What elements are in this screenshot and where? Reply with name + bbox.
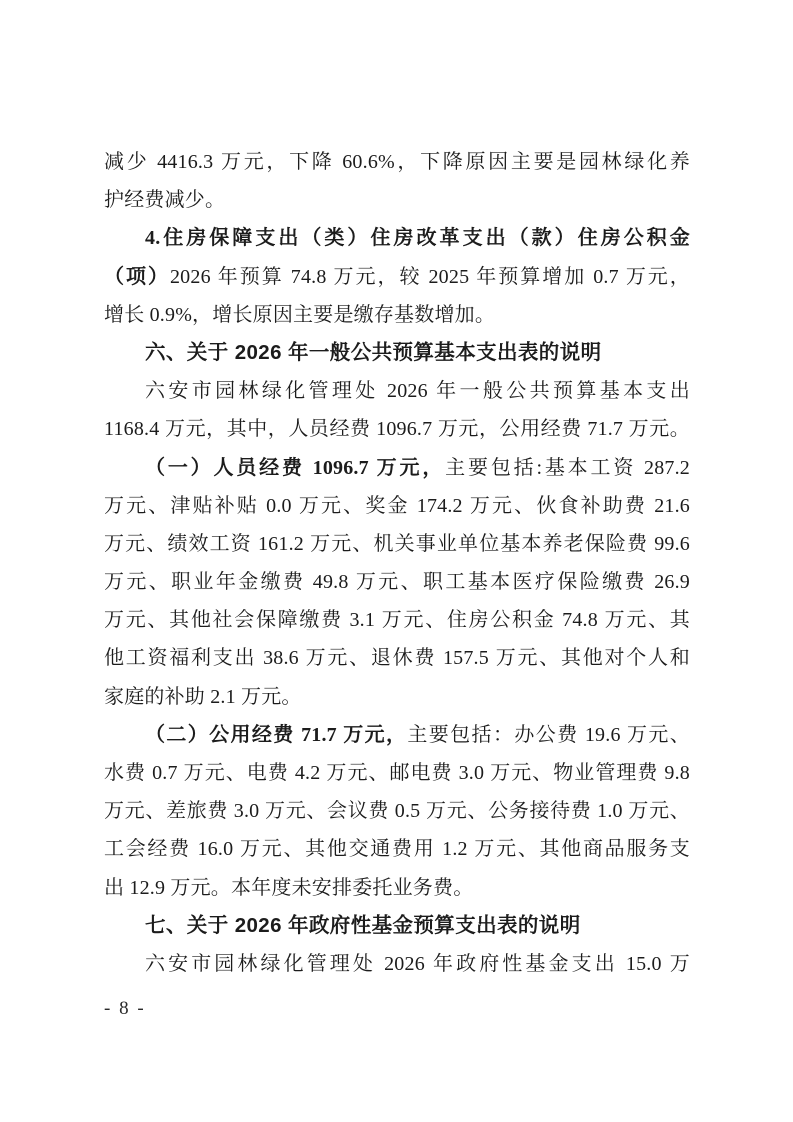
text-segment: 六安市园林绿化管理处 2026 年一般公共预算基本支出 [145, 380, 690, 402]
text-line: （一）人员经费 1096.7 万元，主要包括:基本工资 287.2 [104, 449, 690, 487]
text-line: 六安市园林绿化管理处 2026 年政府性基金支出 15.0 万 [104, 945, 690, 983]
text-segment: （一）人员经费 1096.7 万元， [145, 457, 445, 479]
text-line: 水费 0.7 万元、电费 4.2 万元、邮电费 3.0 万元、物业管理费 9.8 [104, 754, 690, 792]
text-line: 出 12.9 万元。本年度未安排委托业务费。 [104, 869, 690, 907]
text-line: 增长 0.9%，增长原因主要是缴存基数增加。 [104, 296, 690, 334]
text-segment: 护经费减少。 [104, 189, 225, 211]
text-line: 护经费减少。 [104, 181, 690, 219]
text-segment: 主要包括：办公费 19.6 万元、 [407, 724, 690, 746]
document-page: 减少 4416.3 万元，下降 60.6%，下降原因主要是园林绿化养护经费减少。… [0, 0, 793, 1122]
text-segment: 六、关于 2026 年一般公共预算基本支出表的说明 [145, 341, 602, 364]
text-segment: 出 12.9 万元。本年度未安排委托业务费。 [104, 877, 473, 899]
text-line: 万元、职业年金缴费 49.8 万元、职工基本医疗保险缴费 26.9 [104, 563, 690, 601]
text-segment: 1168.4 万元，其中，人员经费 1096.7 万元，公用经费 71.7 万元… [104, 418, 690, 440]
text-segment: 增长 0.9%，增长原因主要是缴存基数增加。 [104, 304, 495, 326]
text-segment: 七、关于 2026 年政府性基金预算支出表的说明 [145, 914, 581, 937]
text-line: 万元、绩效工资 161.2 万元、机关事业单位基本养老保险费 99.6 [104, 525, 690, 563]
text-segment: 主要包括:基本工资 287.2 [445, 457, 690, 479]
text-line: 1168.4 万元，其中，人员经费 1096.7 万元，公用经费 71.7 万元… [104, 410, 690, 448]
text-segment: 4.住房保障支出（类）住房改革支出（款）住房公积金 [145, 227, 690, 249]
text-segment: 万元、绩效工资 161.2 万元、机关事业单位基本养老保险费 99.6 [104, 533, 690, 555]
text-line: 他工资福利支出 38.6 万元、退休费 157.5 万元、其他对个人和 [104, 639, 690, 677]
text-segment: 减少 4416.3 万元，下降 60.6%，下降原因主要是园林绿化养 [104, 151, 690, 173]
section-heading: 六、关于 2026 年一般公共预算基本支出表的说明 [104, 334, 690, 372]
text-segment: 万元、职业年金缴费 49.8 万元、职工基本医疗保险缴费 26.9 [104, 571, 690, 593]
text-segment: 家庭的补助 2.1 万元。 [104, 686, 302, 708]
text-line: 万元、差旅费 3.0 万元、会议费 0.5 万元、公务接待费 1.0 万元、 [104, 792, 690, 830]
text-segment: 水费 0.7 万元、电费 4.2 万元、邮电费 3.0 万元、物业管理费 9.8 [104, 762, 690, 784]
text-segment: 六安市园林绿化管理处 2026 年政府性基金支出 15.0 万 [145, 953, 690, 975]
text-block: 减少 4416.3 万元，下降 60.6%，下降原因主要是园林绿化养护经费减少。… [104, 143, 690, 983]
text-line: （项）2026 年预算 74.8 万元，较 2025 年预算增加 0.7 万元， [104, 258, 690, 296]
text-segment: 万元、其他社会保障缴费 3.1 万元、住房公积金 74.8 万元、其 [104, 609, 690, 631]
text-segment: 万元、差旅费 3.0 万元、会议费 0.5 万元、公务接待费 1.0 万元、 [104, 800, 690, 822]
text-line: 六安市园林绿化管理处 2026 年一般公共预算基本支出 [104, 372, 690, 410]
text-line: （二）公用经费 71.7 万元，主要包括：办公费 19.6 万元、 [104, 716, 690, 754]
page-number: - 8 - [104, 994, 146, 1024]
text-segment: 2026 年预算 74.8 万元，较 2025 年预算增加 0.7 万元， [170, 266, 690, 288]
text-segment: 万元、津贴补贴 0.0 万元、奖金 174.2 万元、伙食补助费 21.6 [104, 495, 690, 517]
text-segment: 工会经费 16.0 万元、其他交通费用 1.2 万元、其他商品服务支 [104, 838, 690, 860]
section-heading: 七、关于 2026 年政府性基金预算支出表的说明 [104, 907, 690, 945]
text-segment: （项） [104, 266, 170, 288]
text-line: 万元、其他社会保障缴费 3.1 万元、住房公积金 74.8 万元、其 [104, 601, 690, 639]
text-line: 4.住房保障支出（类）住房改革支出（款）住房公积金 [104, 219, 690, 257]
text-line: 减少 4416.3 万元，下降 60.6%，下降原因主要是园林绿化养 [104, 143, 690, 181]
text-line: 工会经费 16.0 万元、其他交通费用 1.2 万元、其他商品服务支 [104, 830, 690, 868]
text-line: 家庭的补助 2.1 万元。 [104, 678, 690, 716]
text-line: 万元、津贴补贴 0.0 万元、奖金 174.2 万元、伙食补助费 21.6 [104, 487, 690, 525]
text-segment: （二）公用经费 71.7 万元， [145, 724, 407, 746]
text-segment: 他工资福利支出 38.6 万元、退休费 157.5 万元、其他对个人和 [104, 647, 690, 669]
